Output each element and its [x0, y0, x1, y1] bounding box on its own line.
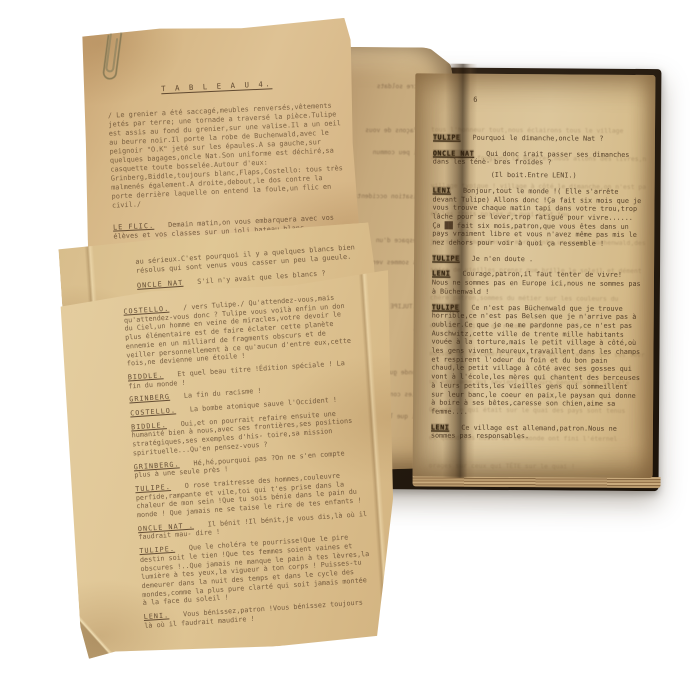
- dialogue-text: La fin du racisme !: [184, 387, 262, 400]
- paperclip-icon: [91, 21, 130, 92]
- loose-sheet-3: COSTELLO./ vers Tulipe./ Qu'attendez-vou…: [58, 270, 416, 659]
- sheet3-corner-fold: [79, 611, 112, 659]
- sheet3-dialogue: COSTELLO./ vers Tulipe./ Qu'attendez-vou…: [123, 292, 374, 635]
- book-gutter-shadow: [443, 64, 478, 478]
- speaker-label: GRINBERG: [129, 393, 170, 404]
- dialogue-block: TULIPE.Que le choléra te pourrisse!Que l…: [139, 532, 373, 608]
- speaker-label: ONCLE NAT: [137, 279, 184, 290]
- speaker-label: COSTELLO.: [130, 406, 176, 417]
- stage-direction-text: (Il boit.Entre LENI.): [491, 171, 577, 180]
- sheet1-stage-direction: / Le grenier a été saccagé,meubles renve…: [108, 101, 346, 211]
- dialogue-text: Pourquoi le dimanche,oncle Nat ?: [472, 134, 603, 143]
- dialogue-text: Je n'en doute .: [472, 255, 533, 263]
- loose-sheet-1: T A B L E A U 4. / Le grenier a été sacc…: [78, 18, 360, 258]
- photo-scene: Garros,entre soldatsONCLE NATNa ! Ces fa…: [0, 0, 700, 675]
- dialogue-block: COSTELLO./ vers Tulipe./ Qu'attendez-vou…: [123, 292, 357, 368]
